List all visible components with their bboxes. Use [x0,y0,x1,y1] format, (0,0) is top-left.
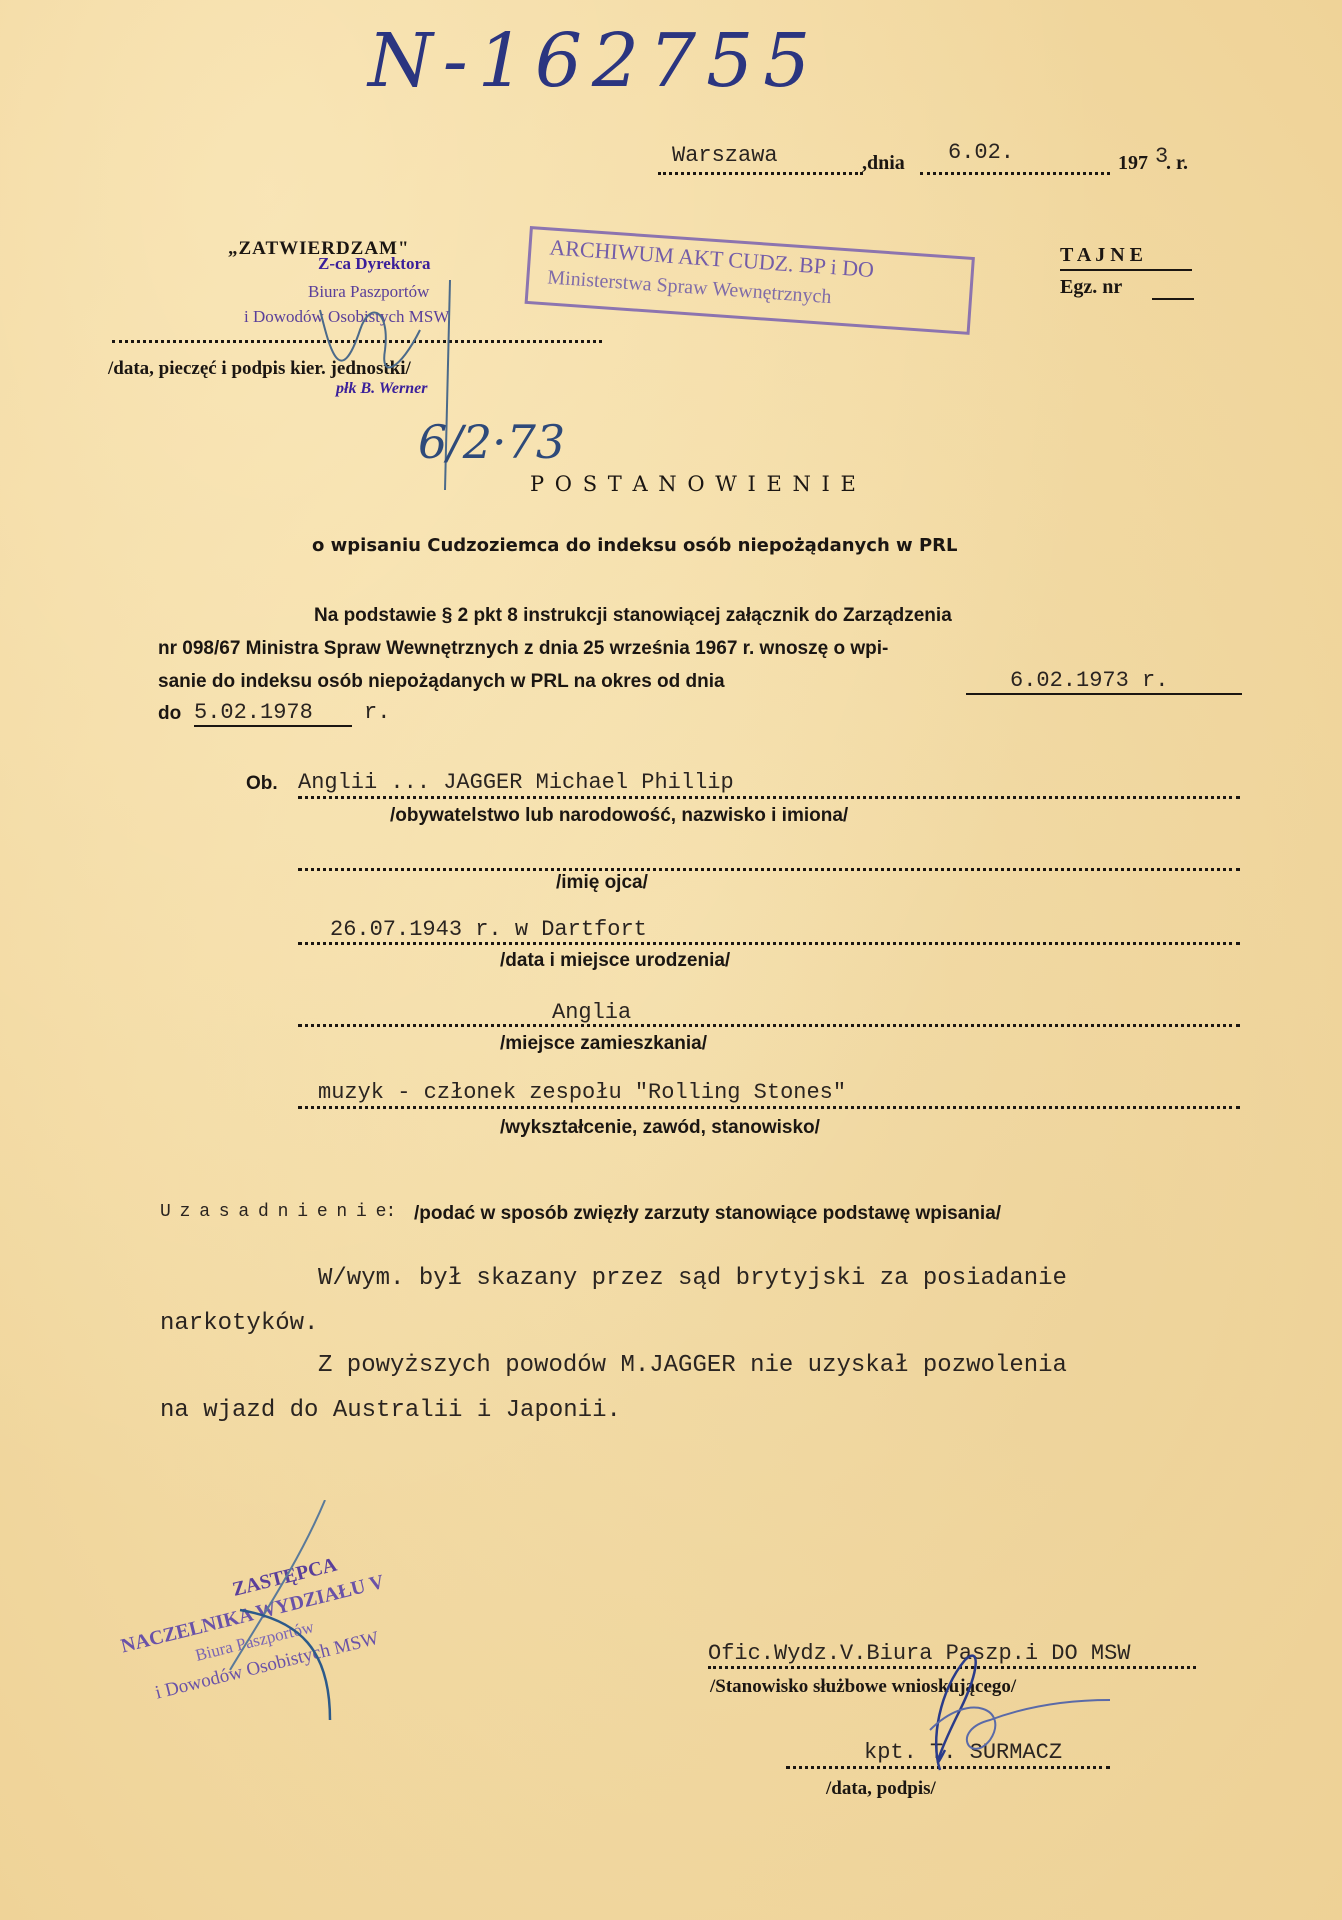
field-birth-value: 26.07.1943 r. w Dartfort [330,917,647,942]
place: Warszawa [672,143,778,168]
copy-number-field [1152,298,1194,300]
body-line-4-prefix: do [158,703,181,725]
field-birth-dotted-line [298,942,1240,945]
body-line-2: nr 098/67 Ministra Spraw Wewnętrznych z … [158,638,888,660]
body-line-3: sanie do indeksu osób niepożądanych w PR… [158,671,725,693]
justification-para-1-line-2: narkotyków. [160,1310,318,1337]
date-typed: 6.02. [948,140,1014,165]
place-dotted-line [658,172,863,175]
handwritten-reference-number: N-162755 [368,18,820,104]
archive-stamp: ARCHIWUM AKT CUDZ. BP i DO Ministerstwa … [525,226,975,335]
field-residence-dotted-line [298,1024,1240,1027]
justification-para-1-line-1: W/wym. był skazany przez sąd brytyjski z… [318,1265,1067,1292]
year-suffix: . r. [1166,152,1188,175]
copy-number-label: Egz. nr [1060,276,1122,299]
justification-label: U z a s a d n i e n i e: [160,1202,395,1222]
field-occupation-caption: /wykształcenie, zawód, stanowisko/ [500,1117,820,1139]
field-name-prefix: Ob. [246,773,278,795]
classification-label: T A J N E [1060,244,1192,271]
field-birth-caption: /data i miejsce urodzenia/ [500,950,730,972]
date-to: 5.02.1978 [194,700,352,727]
field-name-dotted-line [298,796,1240,799]
justification-para-2-line-2: na wjazd do Australii i Japonii. [160,1397,621,1424]
document-title: P O S T A N O W I E N I E [530,472,858,496]
field-occupation-dotted-line [298,1106,1240,1109]
body-line-1: Na podstawie § 2 pkt 8 instrukcji stanow… [314,605,952,627]
deputy-signature [200,1500,380,1730]
body-line-4-suffix: r. [364,700,390,725]
field-residence-value: Anglia [552,1000,631,1025]
date-dotted-line [920,172,1110,175]
field-residence-caption: /miejsce zamieszkania/ [500,1033,707,1055]
document-subtitle: o wpisaniu Cudzoziemca do indeksu osób n… [312,535,957,556]
field-father-caption: /imię ojca/ [556,872,648,894]
signatory-signature [870,1650,1130,1780]
field-occupation-value: muzyk - członek zespołu "Rolling Stones" [318,1080,846,1105]
field-name-value: Anglii ... JAGGER Michael Phillip [298,770,734,795]
justification-para-2-line-1: Z powyższych powodów M.JAGGER nie uzyska… [318,1352,1067,1379]
field-father-dotted-line [298,868,1240,871]
approval-handwritten-date: 6/2·73 [418,415,565,469]
signatory-name-caption: /data, podpis/ [826,1778,936,1800]
field-name-caption: /obywatelstwo lub narodowość, nazwisko i… [390,805,848,827]
dnia-label: ,dnia [862,152,905,175]
date-from: 6.02.1973 r. [966,668,1242,695]
justification-instruction: /podać w sposób zwięzły zarzuty stanowią… [414,1203,1001,1225]
year-printed: 197 [1118,152,1148,175]
